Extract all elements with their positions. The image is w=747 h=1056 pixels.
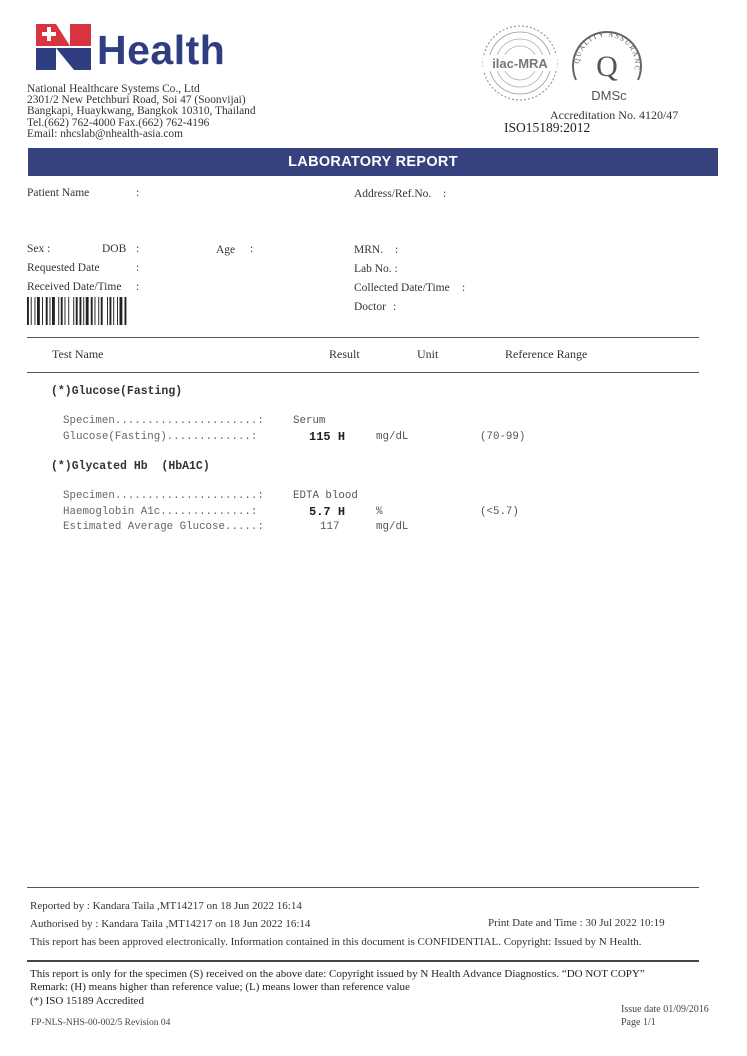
address-label: Address/Ref.No. [354, 188, 431, 200]
result-value: 5.7 H [309, 505, 345, 519]
svg-text:DMSc: DMSc [591, 88, 627, 103]
report-title-bar: LABORATORY REPORT [28, 148, 718, 176]
patient-name-label: Patient Name [27, 187, 89, 199]
test-section-title: (*)Glycated Hb (HbA1C) [51, 460, 210, 473]
divider [27, 372, 699, 373]
header-unit: Unit [417, 347, 438, 362]
ilac-mra-seal-icon: ilac-MRA [481, 24, 559, 102]
specimen-value: EDTA blood [293, 490, 358, 502]
issue-date: Issue date 01/09/2016 [621, 1004, 709, 1015]
doctor-sep: : [393, 301, 396, 313]
divider [27, 887, 699, 888]
requested-date-label: Requested Date [27, 262, 100, 274]
age-sep: : [250, 243, 253, 255]
header-reference-range: Reference Range [505, 347, 587, 362]
lab-no-label: Lab No. : [354, 263, 398, 275]
header-test-name: Test Name [52, 347, 103, 362]
high-flag: H [338, 505, 345, 519]
collected-label: Collected Date/Time [354, 282, 450, 294]
result-number: 115 [309, 430, 331, 444]
result-value: 117 [320, 521, 339, 533]
collected-sep: : [462, 282, 465, 294]
unit: mg/dL [376, 521, 408, 533]
specimen-value: Serum [293, 415, 325, 427]
svg-text:Q: Q [596, 50, 618, 83]
test-section-title: (*)Glucose(Fasting) [51, 385, 182, 398]
patient-name-sep: : [136, 187, 139, 199]
unit: % [376, 506, 382, 518]
test-name: Haemoglobin A1c..............: [63, 506, 257, 518]
reported-by: Reported by : Kandara Taila ,MT14217 on … [30, 900, 302, 912]
dob-sep: : [136, 243, 139, 255]
iso-certification: ISO15189:2012 [504, 120, 590, 136]
received-label: Received Date/Time [27, 281, 121, 293]
requested-date-sep: : [136, 262, 139, 274]
doctor-label: Doctor [354, 301, 386, 313]
test-name: Specimen......................: [63, 415, 264, 427]
iso-accredited-note: (*) ISO 15189 Accredited [30, 995, 144, 1007]
result-value: 115 H [309, 430, 345, 444]
dob-label: DOB [102, 243, 126, 255]
age-label: Age [216, 244, 235, 256]
authorised-by: Authorised by : Kandara Taila ,MT14217 o… [30, 918, 310, 930]
received-sep: : [136, 281, 139, 293]
header-result: Result [329, 347, 360, 362]
unit: mg/dL [376, 431, 408, 443]
mrn-sep: : [395, 244, 398, 256]
test-name: Estimated Average Glucose.....: [63, 521, 264, 533]
barcode-icon [27, 297, 159, 325]
specimen-note: This report is only for the specimen (S)… [30, 968, 645, 980]
brand-name: Health [97, 27, 225, 73]
dmsc-quality-seal-icon: QUALITY ASSURANCE Q DMSc [566, 24, 648, 106]
form-code: FP-NLS-NHS-00-002/5 Revision 04 [31, 1018, 170, 1028]
company-address: National Healthcare Systems Co., Ltd 230… [27, 84, 256, 140]
approval-note: This report has been approved electronic… [30, 936, 641, 948]
reference-range: (<5.7) [480, 506, 519, 518]
company-email: Email: nhcslab@nhealth-asia.com [27, 129, 256, 140]
remark: Remark: (H) means higher than reference … [30, 981, 410, 993]
n-health-logo-icon [36, 24, 91, 70]
company-city: Bangkapi, Huaykwang, Bangkok 10310, Thai… [27, 106, 256, 117]
page-number: Page 1/1 [621, 1017, 656, 1028]
high-flag: H [338, 430, 345, 444]
report-title: LABORATORY REPORT [28, 148, 718, 176]
mrn-label: MRN. [354, 244, 383, 256]
svg-text:ilac-MRA: ilac-MRA [492, 56, 548, 71]
sex-label: Sex : [27, 243, 50, 255]
test-name: Specimen......................: [63, 490, 264, 502]
result-number: 5.7 [309, 505, 331, 519]
address-sep: : [443, 188, 446, 200]
divider [27, 960, 699, 962]
reference-range: (70-99) [480, 431, 525, 443]
divider [27, 337, 699, 338]
print-date: Print Date and Time : 30 Jul 2022 10:19 [488, 917, 665, 929]
test-name: Glucose(Fasting).............: [63, 431, 257, 443]
